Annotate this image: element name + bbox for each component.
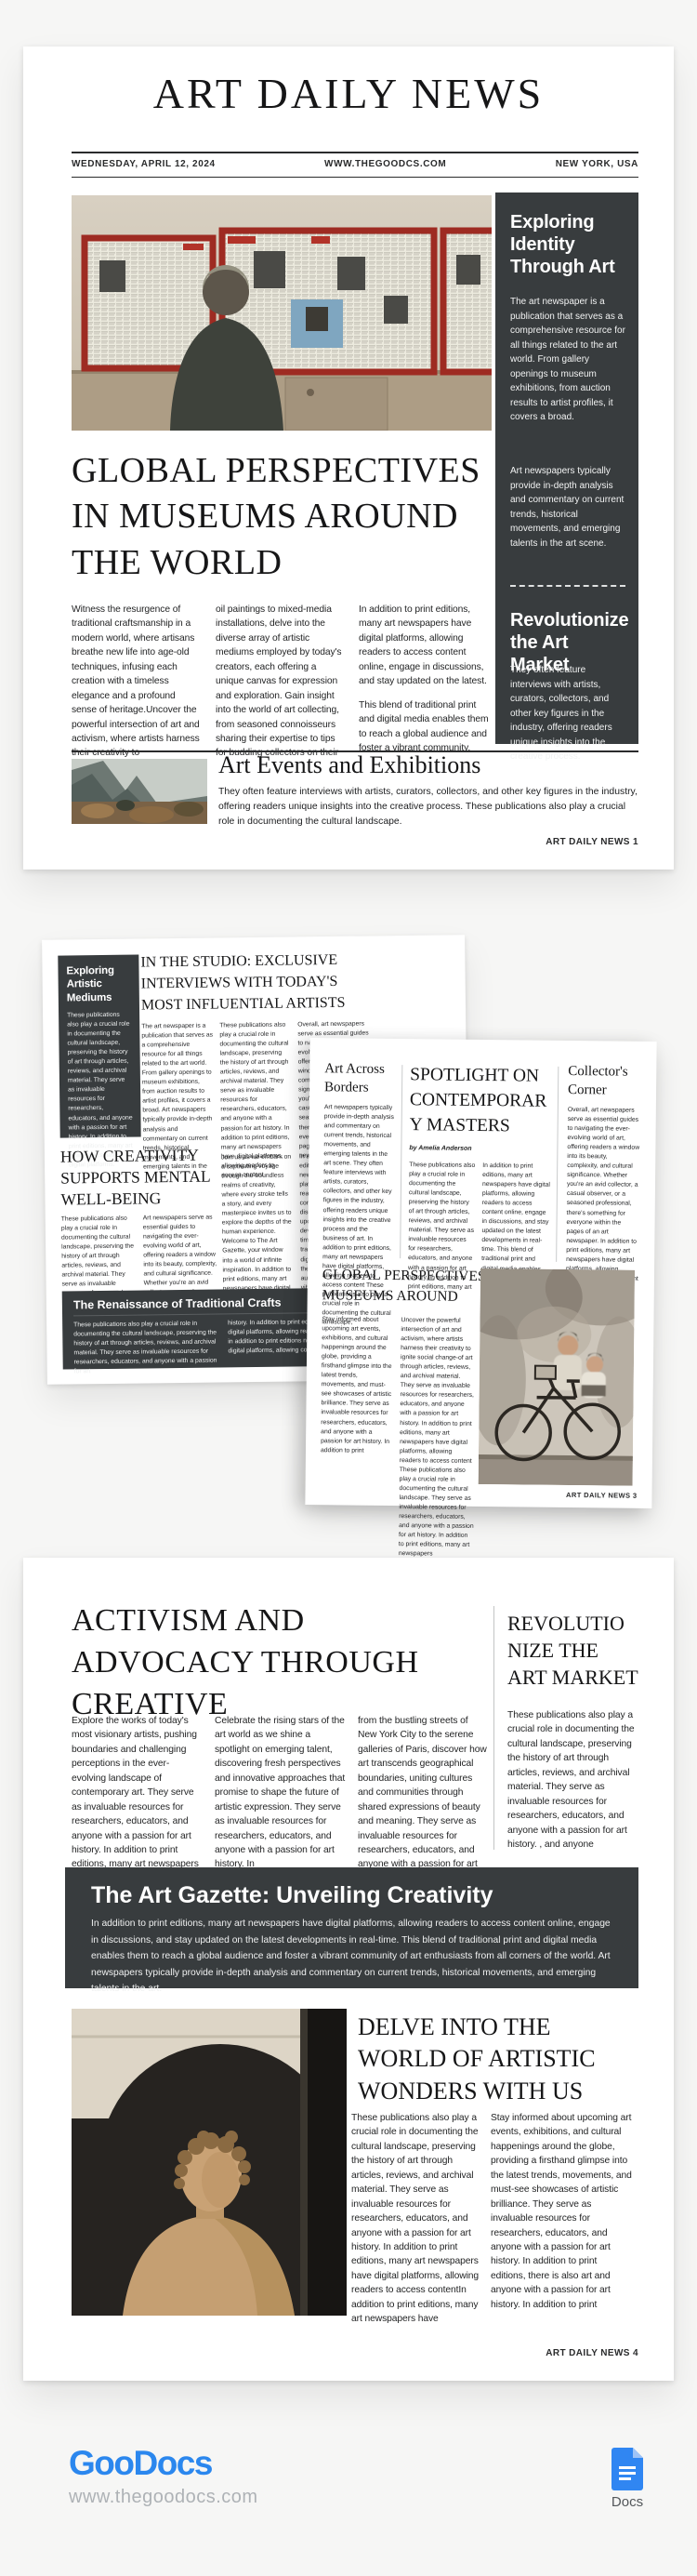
dateline-location: NEW YORK, USA xyxy=(556,159,638,169)
delve-headline: DELVE INTO THE WORLD OF ARTISTIC WONDERS… xyxy=(358,2012,629,2107)
article-column: Stay informed about upcoming art events,… xyxy=(321,1315,394,1456)
page-number: ART DAILY NEWS 4 xyxy=(360,2348,638,2358)
spotlight-headline: SPOTLIGHT ON CONTEMPORARY MASTERS xyxy=(410,1063,551,1139)
gazette-title: The Art Gazette: Unveiling Creativity xyxy=(91,1882,612,1909)
masthead-title: ART DAILY NEWS xyxy=(23,69,674,118)
goodocs-url[interactable]: www.thegoodocs.com xyxy=(69,2487,258,2508)
branding-footer: GooDocs www.thegoodocs.com Docs xyxy=(0,2418,697,2576)
dark-box-title: Exploring Artistic Mediums xyxy=(66,964,132,1005)
newspaper-page-1: ART DAILY NEWS WEDNESDAY, APRIL 12, 2024… xyxy=(23,46,674,870)
studio-headline: IN THE STUDIO: EXCLUSIVE INTERVIEWS WITH… xyxy=(140,949,370,1016)
article-column: These publications also play a crucial r… xyxy=(351,2111,483,2327)
article-column: Stay informed about upcoming art events,… xyxy=(491,2111,632,2312)
newspaper-page-4: ACTIVISM AND ADVOCACY THROUGH CREATIVE R… xyxy=(23,1558,674,2381)
article-column: Uncover the powerful intersection of art… xyxy=(399,1316,477,1560)
crafts-column: These publications also play a crucial r… xyxy=(73,1320,218,1377)
divider xyxy=(400,1065,402,1258)
google-docs-icon[interactable] xyxy=(612,2448,643,2490)
goodocs-logo[interactable]: GooDocs xyxy=(69,2444,212,2483)
docs-icon-label: Docs xyxy=(604,2494,651,2510)
divider xyxy=(510,585,625,587)
article-paragraph: This blend of traditional print and digi… xyxy=(359,698,490,756)
divider xyxy=(556,1067,559,1262)
sidebar-title: Exploring Identity Through Art xyxy=(510,211,625,278)
creativity-headline: HOW CREATIVITY SUPPORTS MENTAL WELL-BEIN… xyxy=(60,1144,233,1210)
divider xyxy=(493,1606,494,1850)
newspaper-page-3: Art Across Borders Art newspapers typica… xyxy=(305,1038,656,1508)
dateline: WEDNESDAY, APRIL 12, 2024 WWW.THEGOODCS.… xyxy=(72,159,638,169)
divider xyxy=(72,177,638,178)
article-column: Celebrate the rising stars of the art wo… xyxy=(215,1714,346,1872)
sidebar-paragraph: The art newspaper is a publication that … xyxy=(510,295,625,425)
events-title: Art Events and Exhibitions xyxy=(218,751,638,779)
market-title: REVOLUTIONIZE THE ART MARKET xyxy=(507,1610,638,1691)
bicycle-mural-photo xyxy=(479,1268,635,1486)
david-statue-photo xyxy=(72,2009,347,2316)
article-column: Explore the works of today's most vision… xyxy=(72,1714,203,1872)
collectors-title: Collector's Corner xyxy=(568,1063,642,1100)
article-column: Witness the resurgence of traditional cr… xyxy=(72,603,203,761)
borders-title: Art Across Borders xyxy=(324,1060,399,1097)
page-number: ART DAILY NEWS 3 xyxy=(451,1490,637,1500)
landscape-painting-image xyxy=(72,759,207,824)
article-column: These publications also play a crucial r… xyxy=(507,1708,638,1852)
article-column: In addition to print editions, many art … xyxy=(359,603,490,755)
spotlight-byline: by Amelia Anderson xyxy=(409,1145,548,1153)
template-preview: ART DAILY NEWS WEDNESDAY, APRIL 12, 2024… xyxy=(0,0,697,2576)
gazette-banner: The Art Gazette: Unveiling Creativity In… xyxy=(65,1867,638,1988)
newspaper-wall-photo xyxy=(72,195,492,431)
divider xyxy=(72,152,638,153)
page2-dark-box: Exploring Artistic Mediums These publica… xyxy=(58,955,140,1138)
dateline-website: WWW.THEGOODCS.COM xyxy=(324,159,446,169)
gazette-text: In addition to print editions, many art … xyxy=(91,1916,613,1998)
sidebar-paragraph: Art newspapers typically provide in-dept… xyxy=(510,464,625,551)
dateline-date: WEDNESDAY, APRIL 12, 2024 xyxy=(72,159,216,169)
article-paragraph: In addition to print editions, many art … xyxy=(359,603,490,689)
page-number: ART DAILY NEWS 1 xyxy=(360,837,638,847)
page4-headline: ACTIVISM AND ADVOCACY THROUGH CREATIVE xyxy=(72,1600,492,1726)
article-column: oil paintings to mixed-media installatio… xyxy=(216,603,347,761)
article-column: from the bustling streets of New York Ci… xyxy=(358,1714,489,1872)
sidebar-paragraph: They often feature interviews with artis… xyxy=(510,663,625,764)
page1-headline: GLOBAL PERSPECTIVES IN MUSEUMS AROUND TH… xyxy=(72,448,518,586)
events-text: They often feature interviews with artis… xyxy=(218,785,638,830)
